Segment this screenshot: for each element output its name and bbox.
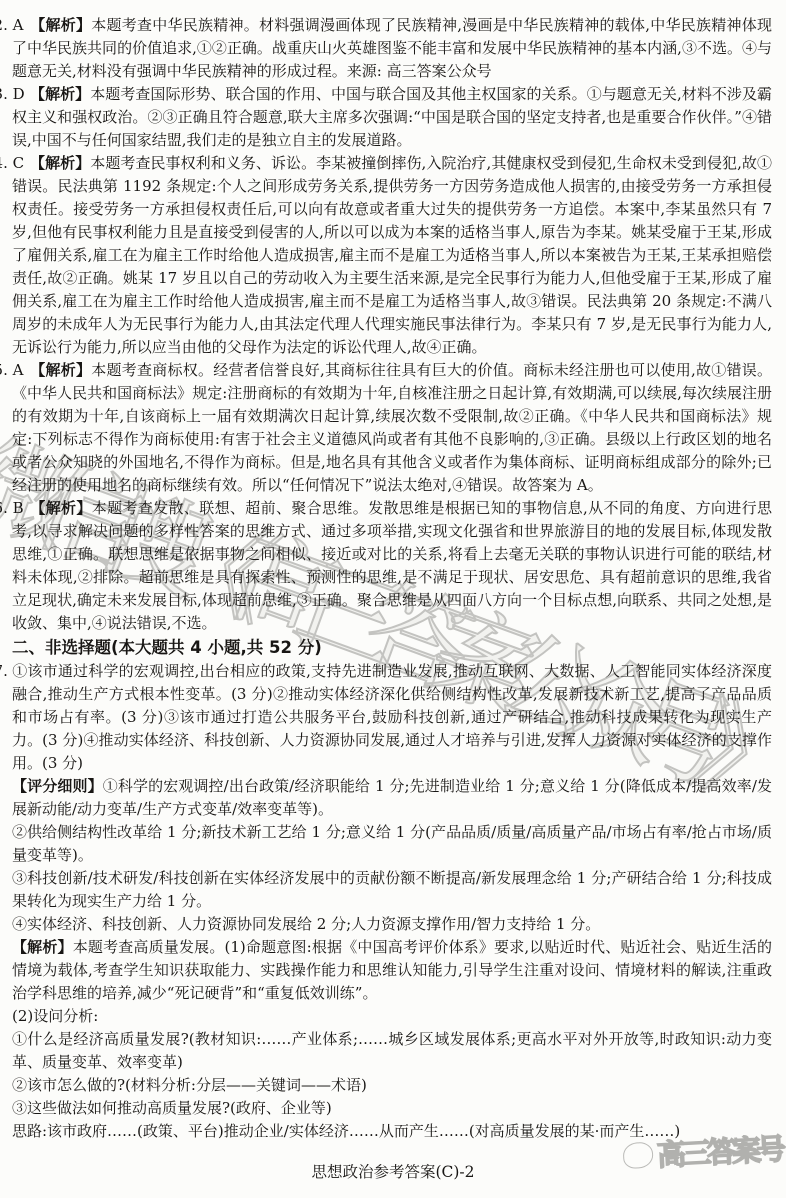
question-analysis-line-3: ③这些做法如何推动高质量发展?(政府、企业等) xyxy=(12,1097,772,1120)
question-analysis-line-1: ①什么是经济高质量发展?(教材知识:……产业体系;……城乡区域发展体系;更高水平… xyxy=(12,1028,772,1074)
analysis-label: 【解析】 xyxy=(30,85,90,103)
item-number: 13. D xyxy=(0,83,30,106)
item-text: 本题考查国际形势、联合国的作用、中国与联合国及其他主权国家的关系。①与题意无关,… xyxy=(12,85,772,149)
item-number: 16. B xyxy=(0,497,30,520)
rubric-point-2: ②供给侧结构性改革给 1 分;新技术新工艺给 1 分;意义给 1 分(产品品质/… xyxy=(12,821,772,867)
analysis-label: 【解析】 xyxy=(30,499,92,517)
analysis-label: 【解析】 xyxy=(30,154,90,172)
item-text: 本题考查发散、联想、超前、聚合思维。发散思维是根据已知的事物信息,从不同的角度、… xyxy=(12,499,772,632)
rubric-text: ①科学的宏观调控/出台政策/经济职能给 1 分;先进制造业给 1 分;意义给 1… xyxy=(12,777,772,818)
analysis-label: 【解析】 xyxy=(30,16,91,34)
item-text: 本题考查民事权利和义务、诉讼。李某被撞倒摔伤,入院治疗,其健康权受到侵犯,生命权… xyxy=(12,154,772,356)
answer-item-15: 15. A【解析】本题考查商标权。经营者信誉良好,其商标往往具有巨大的价值。商标… xyxy=(12,359,772,497)
analysis-label: 【解析】 xyxy=(30,361,91,379)
answer-item-14: 14. C【解析】本题考查民事权利和义务、诉讼。李某被撞倒摔伤,入院治疗,其健康… xyxy=(12,152,772,359)
document-content: 12. A【解析】本题考查中华民族精神。材料强调漫画体现了民族精神,漫画是中华民… xyxy=(12,14,772,1143)
analysis-paragraph: 【解析】本题考查高质量发展。(1)命题意图:根据《中国高考评价体系》要求,以贴近… xyxy=(12,936,772,1005)
item-number: 12. A xyxy=(0,14,30,37)
answer-item-13: 13. D【解析】本题考查国际形势、联合国的作用、中国与联合国及其他主权国家的关… xyxy=(12,83,772,152)
corner-watermark: 高三答案号 xyxy=(622,1127,783,1176)
answer-item-17: 17.①该市通过科学的宏观调控,出台相应的政策,支持先进制造业发展,推动互联网、… xyxy=(12,660,772,775)
answer-item-12: 12. A【解析】本题考查中华民族精神。材料强调漫画体现了民族精神,漫画是中华民… xyxy=(12,14,772,83)
rubric-label: 【评分细则】 xyxy=(12,777,103,795)
rubric-point-4: ④实体经济、科技创新、人力资源协同发展给 2 分;人力资源支撑作用/智力支持给 … xyxy=(12,913,772,936)
corner-watermark-text: 高三答案号 xyxy=(656,1127,783,1174)
watermark-logo-icon xyxy=(622,1141,653,1169)
question-analysis-line-2: ②该市怎么做的?(材料分析:分层——关键词——术语) xyxy=(12,1074,772,1097)
item-number: 17. xyxy=(0,660,12,683)
answer-sheet-page: 微信搜《高三答案公众号》 12. A【解析】本题考查中华民族精神。材料强调漫画体… xyxy=(0,0,786,1198)
scoring-rubric: 【评分细则】①科学的宏观调控/出台政策/经济职能给 1 分;先进制造业给 1 分… xyxy=(12,775,772,821)
item-text: 本题考查中华民族精神。材料强调漫画体现了民族精神,漫画是中华民族精神的载体,中华… xyxy=(12,16,772,80)
item-text: 本题考查商标权。经营者信誉良好,其商标往往具有巨大的价值。商标未经注册也可以使用… xyxy=(12,361,772,494)
analysis-text: 本题考查高质量发展。(1)命题意图:根据《中国高考评价体系》要求,以贴近时代、贴… xyxy=(12,938,772,1002)
analysis-label: 【解析】 xyxy=(12,938,73,956)
section-header-part2: 二、非选择题(本大题共 4 小题,共 52 分) xyxy=(12,635,772,660)
rubric-point-3: ③科技创新/技术研发/科技创新在实体经济发展中的贡献份额不断提高/新发展理念给 … xyxy=(12,867,772,913)
item-number: 15. A xyxy=(0,359,30,382)
question-analysis-intro: (2)设问分析: xyxy=(12,1005,772,1028)
answer-item-16: 16. B【解析】本题考查发散、联想、超前、聚合思维。发散思维是根据已知的事物信… xyxy=(12,497,772,635)
item-number: 14. C xyxy=(0,152,30,175)
item-text: ①该市通过科学的宏观调控,出台相应的政策,支持先进制造业发展,推动互联网、大数据… xyxy=(12,662,772,772)
